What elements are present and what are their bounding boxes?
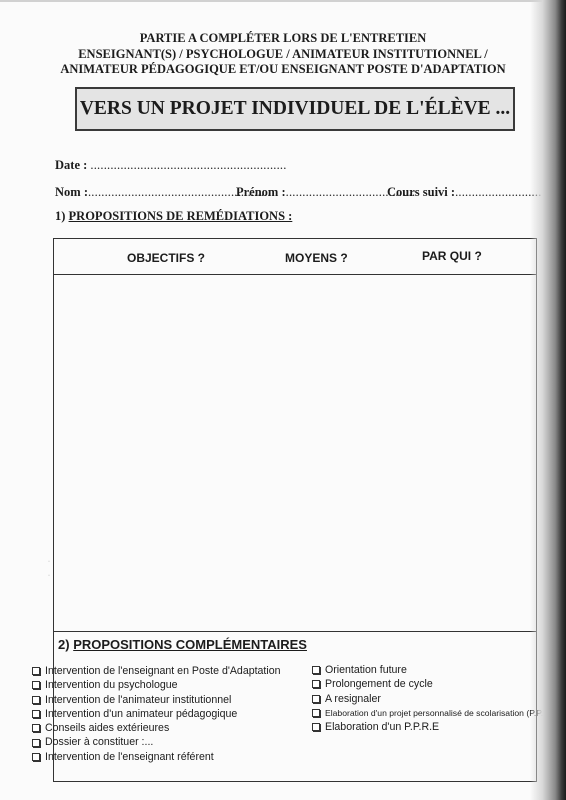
checkbox-icon[interactable] [312,709,320,717]
section2-title: PROPOSITIONS COMPLÉMENTAIRES [73,637,307,652]
checkbox-label: Dossier à constituer :... [45,735,153,749]
section2-number: 2) [58,637,70,652]
scan-mark: · [48,559,50,565]
table-header-row: OBJECTIFS ? MOYENS ? PAR QUI ? [54,239,536,275]
date-field[interactable]: Date : .................................… [55,158,287,173]
checkbox-option[interactable]: Orientation future [312,663,554,677]
header-line-2: ENSEIGNANT(S) / PSYCHOLOGUE / ANIMATEUR … [0,46,566,62]
column-moyens: MOYENS ? [285,251,348,265]
checkbox-icon[interactable] [32,681,40,689]
cours-label: Cours suivi : [387,185,455,199]
column-objectifs: OBJECTIFS ? [127,251,205,265]
checkbox-option[interactable]: Prolongement de cycle [312,677,554,691]
date-value[interactable]: ........................................… [90,158,286,172]
left-options-list: Intervention de l'enseignant en Poste d'… [32,664,281,764]
checkbox-label: Prolongement de cycle [325,677,433,691]
checkbox-label: Orientation future [325,663,407,677]
section2-heading: 2) PROPOSITIONS COMPLÉMENTAIRES [58,637,307,652]
page-title: VERS UN PROJET INDIVIDUEL DE L'ÉLÈVE ... [80,98,510,120]
column-par-qui: PAR QUI ? [422,249,482,263]
page-edge [0,0,566,2]
checkbox-label: Intervention d'un animateur pédagogique [45,707,237,721]
checkbox-option[interactable]: Conseils aides extérieures [32,721,281,735]
checkbox-icon[interactable] [32,724,40,732]
checkbox-option[interactable]: Intervention de l'enseignant en Poste d'… [32,664,281,678]
section1-number: 1) [55,209,65,223]
header-line-1: PARTIE A COMPLÉTER LORS DE L'ENTRETIEN [0,30,566,46]
prenom-label: Prénom : [236,185,286,199]
checkbox-label: Elaboration d'un projet personnalisé de … [325,706,554,720]
checkbox-label: Conseils aides extérieures [45,721,169,735]
checkbox-icon[interactable] [32,710,40,718]
checkbox-label: Intervention de l'animateur institutionn… [45,693,231,707]
checkbox-option[interactable]: Intervention de l'enseignant référent [32,750,281,764]
checkbox-option[interactable]: A resignaler [312,692,554,706]
scan-mark: · [48,573,50,579]
checkbox-icon[interactable] [32,696,40,704]
checkbox-icon[interactable] [32,739,40,747]
checkbox-label: A resignaler [325,692,381,706]
nom-label: Nom : [55,185,88,199]
checkbox-icon[interactable] [312,695,320,703]
checkbox-label: Intervention de l'enseignant en Poste d'… [45,664,281,678]
checkbox-icon[interactable] [32,667,40,675]
checkbox-option[interactable]: Elaboration d'un P.P.R.E [312,720,554,734]
right-options-list: Orientation futureProlongement de cycleA… [312,663,554,734]
section1-title: PROPOSITIONS DE REMÉDIATIONS : [69,209,293,223]
checkbox-icon[interactable] [312,666,320,674]
checkbox-option[interactable]: Dossier à constituer :... [32,735,281,749]
checkbox-icon[interactable] [312,723,320,731]
book-spine-shadow [530,0,566,800]
checkbox-label: Intervention de l'enseignant référent [45,750,214,764]
checkbox-icon[interactable] [32,753,40,761]
remediation-table: OBJECTIFS ? MOYENS ? PAR QUI ? 2) PROPOS… [53,238,537,782]
section1-heading: 1) PROPOSITIONS DE REMÉDIATIONS : [55,209,292,224]
checkbox-option[interactable]: Intervention de l'animateur institutionn… [32,693,281,707]
checkbox-label: Intervention du psychologue [45,678,178,692]
checkbox-icon[interactable] [312,680,320,688]
date-label: Date : [55,158,87,172]
section-divider [54,631,536,632]
checkbox-option[interactable]: Elaboration d'un projet personnalisé de … [312,706,554,720]
header-line-3: ANIMATEUR PÉDAGOGIQUE ET/OU ENSEIGNANT P… [0,61,566,77]
checkbox-option[interactable]: Intervention d'un animateur pédagogique [32,707,281,721]
checkbox-label: Elaboration d'un P.P.R.E [325,720,439,734]
page-title-box: VERS UN PROJET INDIVIDUEL DE L'ÉLÈVE ... [75,87,515,131]
checkbox-option[interactable]: Intervention du psychologue [32,678,281,692]
remediation-writing-area[interactable] [54,275,536,630]
